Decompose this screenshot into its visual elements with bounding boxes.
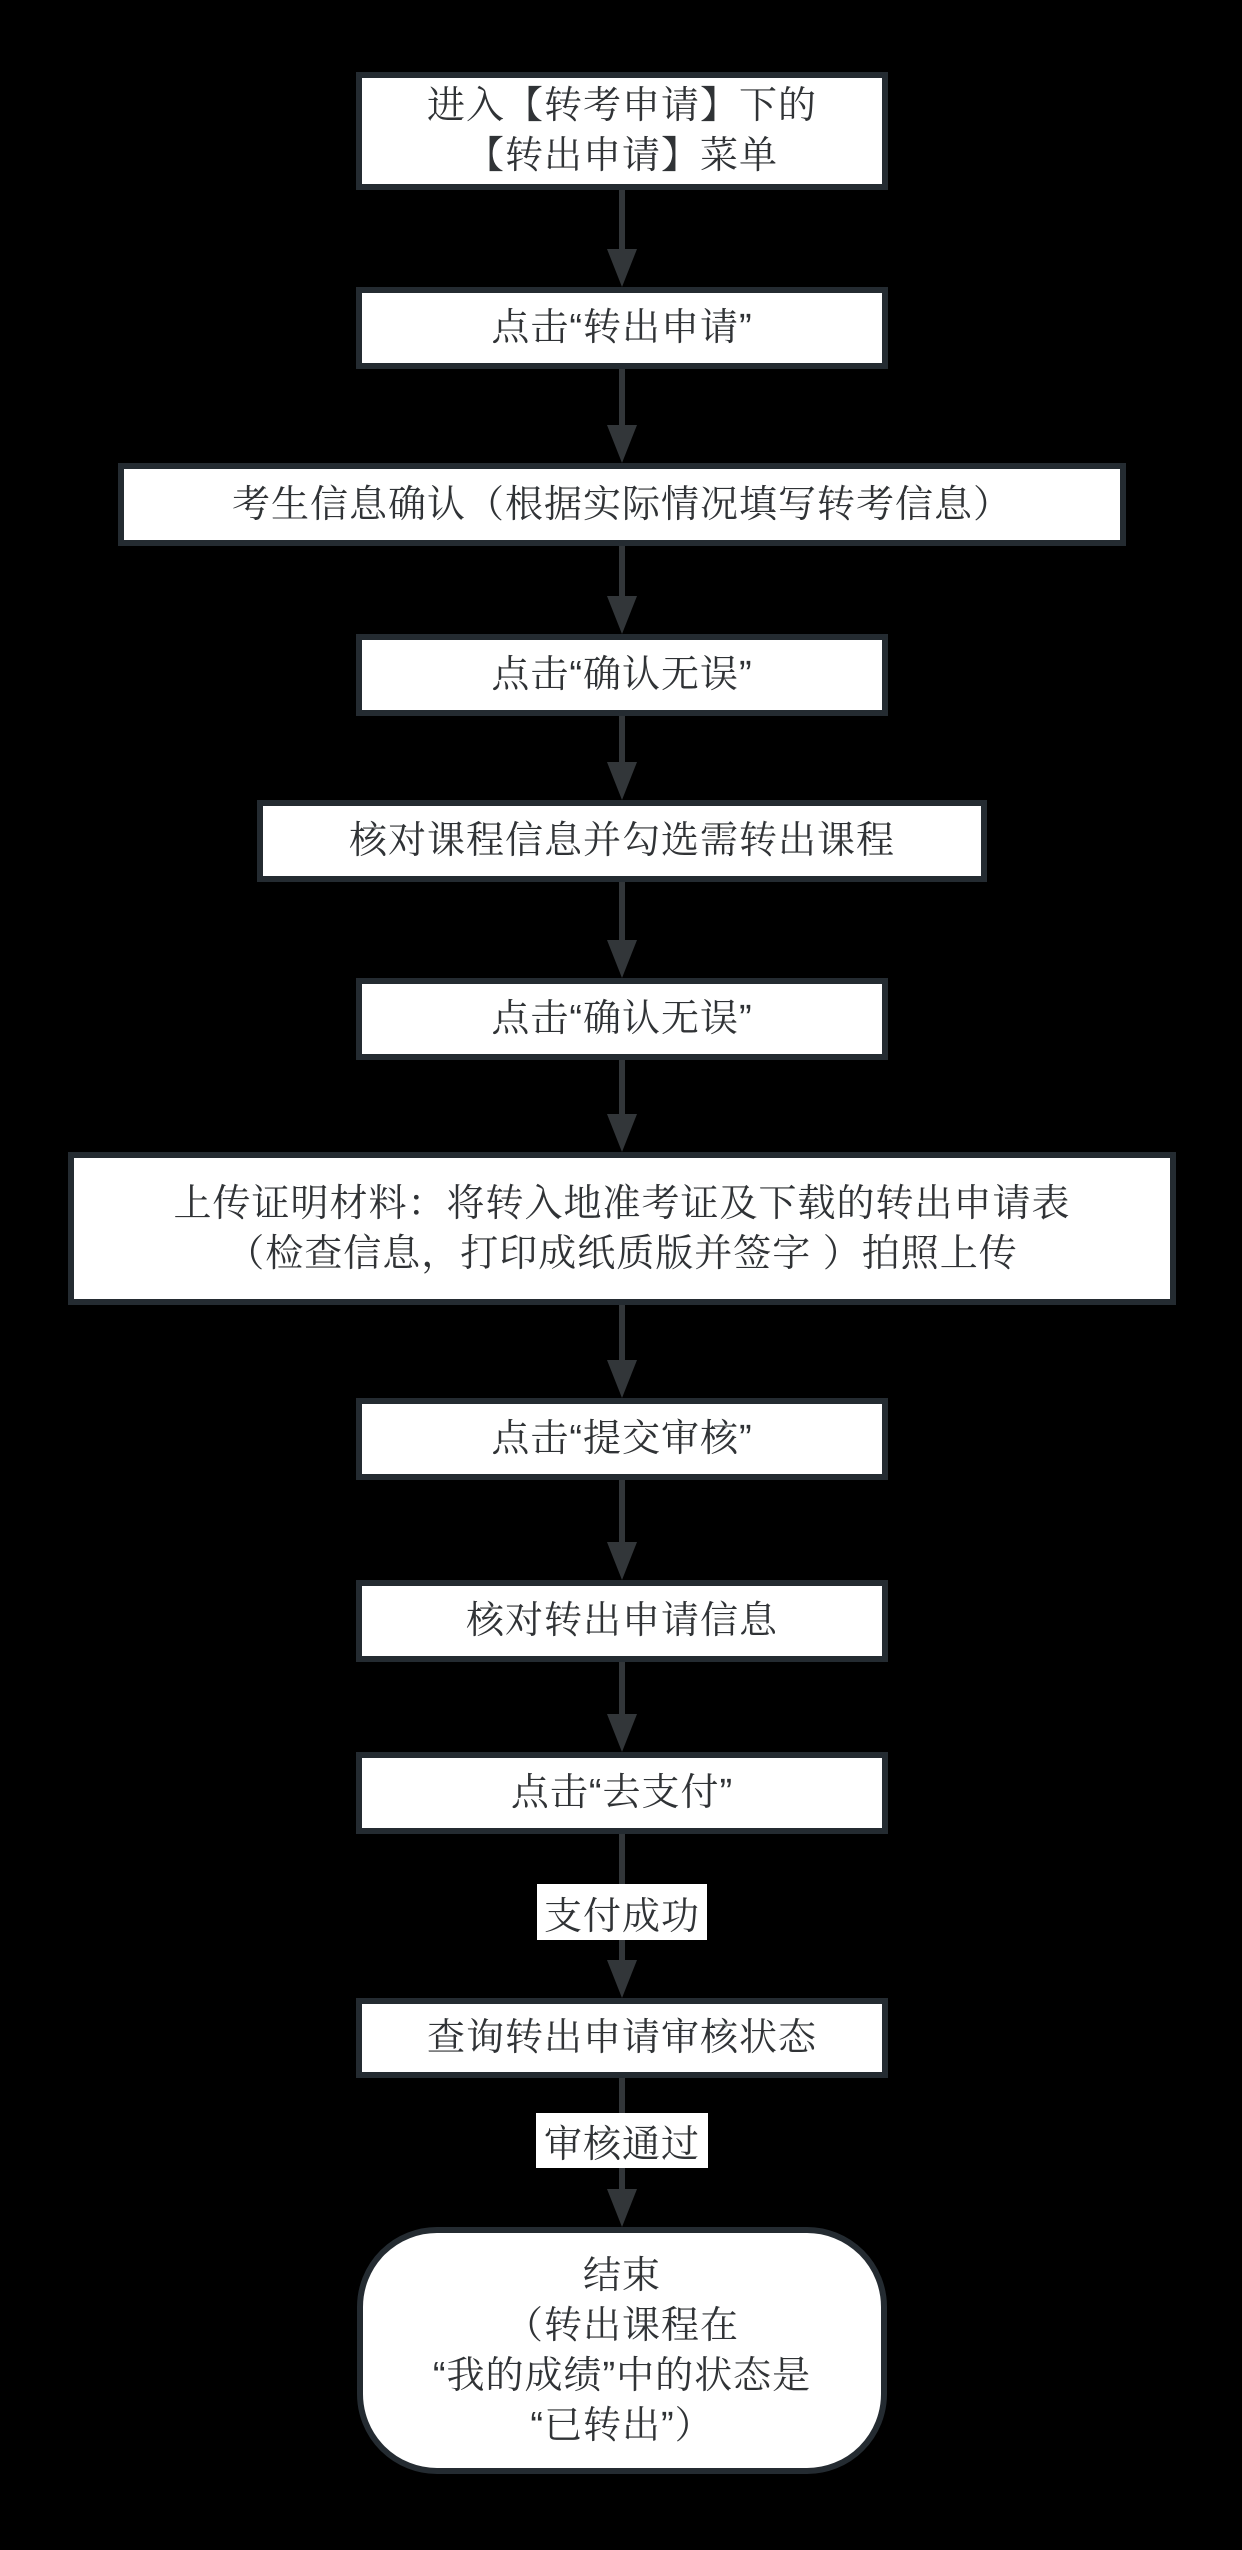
step-text-line: （检查信息，打印成纸质版并签字 ）拍照上传: [226, 1229, 1018, 1279]
arrow-shaft: [619, 1480, 625, 1546]
arrow-down-icon: [607, 1960, 637, 1998]
arrow-down-icon: [607, 1360, 637, 1398]
arrow-down-icon: [607, 940, 637, 978]
flowchart-canvas: 支付成功 审核通过 进入【转考申请】下的 【转出申请】菜单 点击“转出申请” 考…: [0, 0, 1242, 2550]
flow-step-check-transfer-out-info: 核对转出申请信息: [356, 1580, 888, 1662]
flow-step-upload-materials: 上传证明材料：将转入地准考证及下载的转出申请表 （检查信息，打印成纸质版并签字 …: [68, 1152, 1176, 1305]
step-text-line: “已转出”）: [530, 2401, 713, 2451]
step-text-line: 点击“去支付”: [511, 1768, 733, 1818]
arrow-shaft: [619, 1305, 625, 1364]
step-text-line: 查询转出申请审核状态: [427, 2013, 817, 2063]
flow-step-click-transfer-out: 点击“转出申请”: [356, 287, 888, 369]
arrow-down-icon: [607, 1114, 637, 1152]
edge-label-review-passed: 审核通过: [536, 2113, 708, 2168]
arrow-shaft: [619, 716, 625, 766]
flow-arrow-6: [607, 1060, 637, 1152]
step-text-line: 点击“转出申请”: [491, 303, 752, 353]
step-text-line: 点击“确认无误”: [491, 650, 752, 700]
step-text-line: （转出课程在: [505, 2301, 739, 2351]
step-text-line: “我的成绩”中的状态是: [433, 2351, 811, 2401]
flow-step-enter-menu: 进入【转考申请】下的 【转出申请】菜单: [356, 72, 888, 190]
arrow-shaft: [619, 369, 625, 429]
arrow-shaft: [619, 546, 625, 600]
flow-arrow-4: [607, 716, 637, 800]
arrow-shaft: [619, 882, 625, 944]
step-text-line: 核对转出申请信息: [466, 1596, 778, 1646]
arrow-down-icon: [607, 596, 637, 634]
step-text-line: 点击“提交审核”: [491, 1414, 752, 1464]
step-text-line: 考生信息确认（根据实际情况填写转考信息）: [232, 480, 1012, 530]
arrow-down-icon: [607, 425, 637, 463]
arrow-down-icon: [607, 1542, 637, 1580]
flow-step-click-confirm-1: 点击“确认无误”: [356, 634, 888, 716]
step-text-line: 进入【转考申请】下的: [427, 81, 817, 131]
arrow-down-icon: [607, 1714, 637, 1752]
step-text-line: 上传证明材料：将转入地准考证及下载的转出申请表: [173, 1179, 1070, 1229]
edge-label-payment-success: 支付成功: [537, 1884, 707, 1940]
flow-arrow-2: [607, 369, 637, 463]
flow-arrow-7: [607, 1305, 637, 1398]
flow-step-check-courses: 核对课程信息并勾选需转出课程: [257, 800, 987, 882]
flow-arrow-8: [607, 1480, 637, 1580]
flow-step-query-review-status: 查询转出申请审核状态: [356, 1998, 888, 2078]
step-text-line: 点击“确认无误”: [491, 994, 752, 1044]
flow-step-click-go-pay: 点击“去支付”: [356, 1752, 888, 1834]
step-text-line: 【转出申请】菜单: [466, 131, 778, 181]
arrow-down-icon: [607, 2189, 637, 2227]
arrow-down-icon: [607, 762, 637, 800]
arrow-shaft: [619, 1662, 625, 1718]
step-text-line: 结束: [583, 2251, 661, 2301]
flow-step-confirm-candidate-info: 考生信息确认（根据实际情况填写转考信息）: [118, 463, 1126, 546]
arrow-shaft: [619, 190, 625, 253]
flow-arrow-3: [607, 546, 637, 634]
flow-arrow-5: [607, 882, 637, 978]
arrow-shaft: [619, 1060, 625, 1118]
flow-step-click-submit-review: 点击“提交审核”: [356, 1398, 888, 1480]
flow-arrow-1: [607, 190, 637, 287]
arrow-down-icon: [607, 249, 637, 287]
flow-step-click-confirm-2: 点击“确认无误”: [356, 978, 888, 1060]
step-text-line: 核对课程信息并勾选需转出课程: [349, 816, 895, 866]
flow-step-end: 结束 （转出课程在 “我的成绩”中的状态是 “已转出”）: [357, 2227, 887, 2474]
flow-arrow-9: [607, 1662, 637, 1752]
